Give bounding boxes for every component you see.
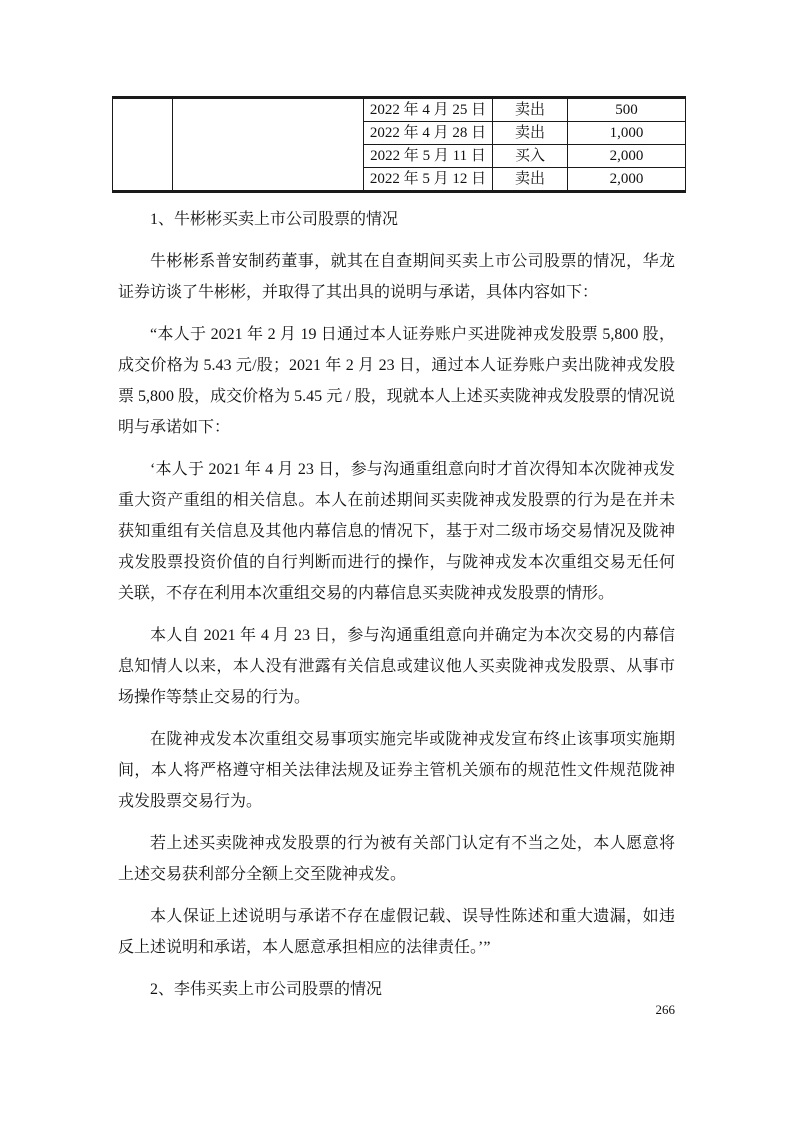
page-number: 266	[656, 1002, 676, 1018]
trade-quantity: 1,000	[568, 122, 686, 145]
document-body: 1、牛彬彬买卖上市公司股票的情况 牛彬彬系普安制药董事，就其在自查期间买卖上市公…	[118, 196, 675, 1005]
trade-action: 买入	[493, 145, 568, 168]
trade-date: 2022 年 4 月 25 日	[364, 98, 493, 122]
trade-quantity: 2,000	[568, 145, 686, 168]
paragraph-commitment-1: ‘本人于 2021 年 4 月 23 日，参与沟通重组意向时才首次得知本次陇神戎…	[118, 454, 675, 609]
section-heading-2: 2、李伟买卖上市公司股票的情况	[118, 974, 675, 1005]
trade-action: 卖出	[493, 98, 568, 122]
paragraph-intro: 牛彬彬系普安制药董事，就其在自查期间买卖上市公司股票的情况，华龙证券访谈了牛彬彬…	[118, 246, 675, 308]
section-heading-1: 1、牛彬彬买卖上市公司股票的情况	[118, 204, 675, 235]
trade-action: 卖出	[493, 122, 568, 145]
paragraph-commitment-4: 若上述买卖陇神戎发股票的行为被有关部门认定有不当之处，本人愿意将上述交易获利部分…	[118, 828, 675, 890]
paragraph-commitment-3: 在陇神戎发本次重组交易事项实施完毕或陇神戎发宣布终止该事项实施期间，本人将严格遵…	[118, 724, 675, 817]
paragraph-guarantee: 本人保证上述说明与承诺不存在虚假记载、误导性陈述和重大遗漏，如违反上述说明和承诺…	[118, 901, 675, 963]
paragraph-commitment-2: 本人自 2021 年 4 月 23 日，参与沟通重组意向并确定为本次交易的内幕信…	[118, 620, 675, 713]
paragraph-statement-trades: “本人于 2021 年 2 月 19 日通过本人证券账户买进陇神戎发股票 5,8…	[118, 319, 675, 443]
trade-date: 2022 年 5 月 11 日	[364, 145, 493, 168]
merged-cell-left	[113, 98, 173, 192]
document-page: 2022 年 4 月 25 日 卖出 500 2022 年 4 月 28 日 卖…	[0, 0, 793, 1122]
share-trades-table: 2022 年 4 月 25 日 卖出 500 2022 年 4 月 28 日 卖…	[112, 96, 686, 193]
table-row: 2022 年 4 月 25 日 卖出 500	[113, 98, 686, 122]
trade-quantity: 500	[568, 98, 686, 122]
trade-quantity: 2,000	[568, 168, 686, 192]
trade-date: 2022 年 4 月 28 日	[364, 122, 493, 145]
merged-cell-holder	[173, 98, 364, 192]
trade-date: 2022 年 5 月 12 日	[364, 168, 493, 192]
trade-action: 卖出	[493, 168, 568, 192]
